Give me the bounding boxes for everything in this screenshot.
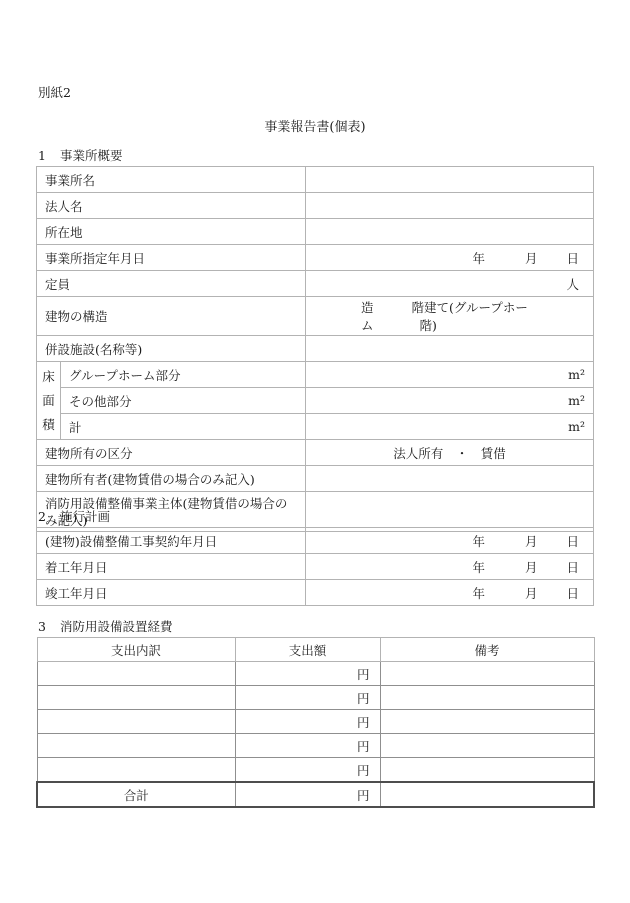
- row-address: 所在地: [37, 219, 594, 245]
- annex-facility-label: 併設施設(名称等): [37, 336, 306, 362]
- expense-amount-cell: 円: [235, 662, 380, 686]
- yen-unit: 円: [357, 667, 370, 682]
- building-structure-value-cell: 造階建て(グループホーム階): [306, 297, 594, 336]
- expense-breakdown-header: 支出内訳: [37, 638, 235, 662]
- year-unit: 年: [472, 560, 485, 575]
- construction-plan-table: (建物)設備整備工事契約年月日 年月日 着工年月日 年月日 竣工年月日 年月日: [36, 527, 594, 606]
- start-date-value-cell: 年月日: [306, 554, 594, 580]
- contract-date-label: (建物)設備整備工事契約年月日: [37, 528, 306, 554]
- day-unit: 日: [566, 534, 579, 549]
- sqm-unit: m²: [568, 393, 585, 408]
- form-page: 別紙2 事業報告書(個表) 1事業所概要 事業所名 法人名 所在地 事業所指定年…: [0, 0, 630, 903]
- capacity-label: 定員: [37, 271, 306, 297]
- section-2-heading: 2施行計画: [38, 507, 110, 525]
- expense-note-cell: [380, 686, 594, 710]
- row-office-name: 事業所名: [37, 167, 594, 193]
- row-building-structure: 建物の構造 造階建て(グループホーム階): [37, 297, 594, 336]
- structure-part-zo: 造: [361, 300, 374, 315]
- year-unit: 年: [472, 586, 485, 601]
- floor-area-grouphome-label: グループホーム部分: [61, 362, 306, 388]
- address-label: 所在地: [37, 219, 306, 245]
- section-1-number: 1: [38, 148, 46, 163]
- row-corporation-name: 法人名: [37, 193, 594, 219]
- expense-amount-cell: 円: [235, 710, 380, 734]
- expense-amount-header: 支出額: [235, 638, 380, 662]
- annex-facility-value-cell: [306, 336, 594, 362]
- row-contract-date: (建物)設備整備工事契約年月日 年月日: [37, 528, 594, 554]
- capacity-value-cell: 人: [306, 271, 594, 297]
- document-title: 事業報告書(個表): [0, 116, 630, 135]
- expense-table: 支出内訳 支出額 備考 円 円 円 円 円: [36, 637, 595, 808]
- section-1-title: 事業所概要: [60, 148, 123, 163]
- expense-amount-cell: 円: [235, 734, 380, 758]
- section-2-title: 施行計画: [60, 509, 110, 524]
- expense-row-4: 円: [37, 734, 594, 758]
- completion-date-label: 竣工年月日: [37, 580, 306, 606]
- expense-breakdown-cell: [37, 710, 235, 734]
- corporation-name-value-cell: [306, 193, 594, 219]
- yen-unit: 円: [357, 788, 370, 803]
- month-unit: 月: [525, 251, 538, 266]
- person-unit: 人: [567, 277, 580, 292]
- office-overview-table: 事業所名 法人名 所在地 事業所指定年月日 年月日 定員 人 建物の構造 造階建…: [36, 166, 594, 532]
- building-owner-label: 建物所有者(建物賃借の場合のみ記入): [37, 466, 306, 492]
- expense-row-5: 円: [37, 758, 594, 783]
- row-designation-date: 事業所指定年月日 年月日: [37, 245, 594, 271]
- row-floor-area-other: その他部分 m²: [37, 388, 594, 414]
- yen-unit: 円: [357, 715, 370, 730]
- month-unit: 月: [525, 586, 538, 601]
- office-name-label: 事業所名: [37, 167, 306, 193]
- expense-breakdown-cell: [37, 662, 235, 686]
- ownership-category-label: 建物所有の区分: [37, 440, 306, 466]
- sqm-unit: m²: [568, 419, 585, 434]
- start-date-label: 着工年月日: [37, 554, 306, 580]
- row-building-owner: 建物所有者(建物賃借の場合のみ記入): [37, 466, 594, 492]
- building-structure-label: 建物の構造: [37, 297, 306, 336]
- attachment-number-label: 別紙2: [38, 83, 71, 101]
- expense-amount-cell: 円: [235, 758, 380, 783]
- day-unit: 日: [567, 251, 580, 266]
- expense-row-1: 円: [37, 662, 594, 686]
- yen-unit: 円: [357, 691, 370, 706]
- section-1-heading: 1事業所概要: [38, 146, 122, 164]
- address-value-cell: [306, 219, 594, 245]
- day-unit: 日: [566, 586, 579, 601]
- row-completion-date: 竣工年月日 年月日: [37, 580, 594, 606]
- completion-date-value-cell: 年月日: [306, 580, 594, 606]
- office-name-value-cell: [306, 167, 594, 193]
- section-3-title: 消防用設備設置経費: [60, 619, 173, 634]
- expense-note-cell: [380, 662, 594, 686]
- row-capacity: 定員 人: [37, 271, 594, 297]
- year-unit: 年: [472, 251, 485, 266]
- expense-note-cell: [380, 758, 594, 783]
- expense-amount-cell: 円: [235, 686, 380, 710]
- year-unit: 年: [472, 534, 485, 549]
- section-3-number: 3: [38, 619, 46, 634]
- expense-total-label: 合計: [37, 782, 235, 807]
- row-floor-area-grouphome: 床面積 グループホーム部分 m²: [37, 362, 594, 388]
- month-unit: 月: [525, 534, 538, 549]
- structure-part-close: 階): [420, 318, 437, 333]
- expense-breakdown-cell: [37, 734, 235, 758]
- row-ownership-category: 建物所有の区分 法人所有 ・ 賃借: [37, 440, 594, 466]
- month-unit: 月: [525, 560, 538, 575]
- expense-header-row: 支出内訳 支出額 備考: [37, 638, 594, 662]
- expense-row-3: 円: [37, 710, 594, 734]
- expense-total-row: 合計 円: [37, 782, 594, 807]
- ownership-category-value: 法人所有 ・ 賃借: [306, 440, 594, 466]
- day-unit: 日: [566, 560, 579, 575]
- expense-note-cell: [380, 734, 594, 758]
- sqm-unit: m²: [568, 367, 585, 382]
- expense-total-amount-cell: 円: [235, 782, 380, 807]
- expense-note-cell: [380, 710, 594, 734]
- yen-unit: 円: [357, 739, 370, 754]
- floor-area-other-value-cell: m²: [306, 388, 594, 414]
- expense-breakdown-cell: [37, 758, 235, 783]
- row-floor-area-total: 計 m²: [37, 414, 594, 440]
- corporation-name-label: 法人名: [37, 193, 306, 219]
- floor-area-total-label: 計: [61, 414, 306, 440]
- designation-date-label: 事業所指定年月日: [37, 245, 306, 271]
- structure-part-floors: 階建て(グループホーム: [361, 300, 528, 333]
- floor-area-group-label: 床面積: [37, 362, 61, 440]
- section-2-number: 2: [38, 509, 46, 524]
- fire-equipment-entity-value-cell: [306, 492, 594, 532]
- floor-area-total-value-cell: m²: [306, 414, 594, 440]
- designation-date-value-cell: 年月日: [306, 245, 594, 271]
- expense-note-header: 備考: [380, 638, 594, 662]
- expense-row-2: 円: [37, 686, 594, 710]
- row-fire-equipment-entity: 消防用設備整備事業主体(建物賃借の場合のみ記入): [37, 492, 594, 532]
- floor-area-grouphome-value-cell: m²: [306, 362, 594, 388]
- floor-area-other-label: その他部分: [61, 388, 306, 414]
- building-owner-value-cell: [306, 466, 594, 492]
- expense-total-note-cell: [380, 782, 594, 807]
- expense-breakdown-cell: [37, 686, 235, 710]
- contract-date-value-cell: 年月日: [306, 528, 594, 554]
- row-annex-facility: 併設施設(名称等): [37, 336, 594, 362]
- yen-unit: 円: [357, 763, 370, 778]
- row-start-date: 着工年月日 年月日: [37, 554, 594, 580]
- section-3-heading: 3消防用設備設置経費: [38, 617, 172, 635]
